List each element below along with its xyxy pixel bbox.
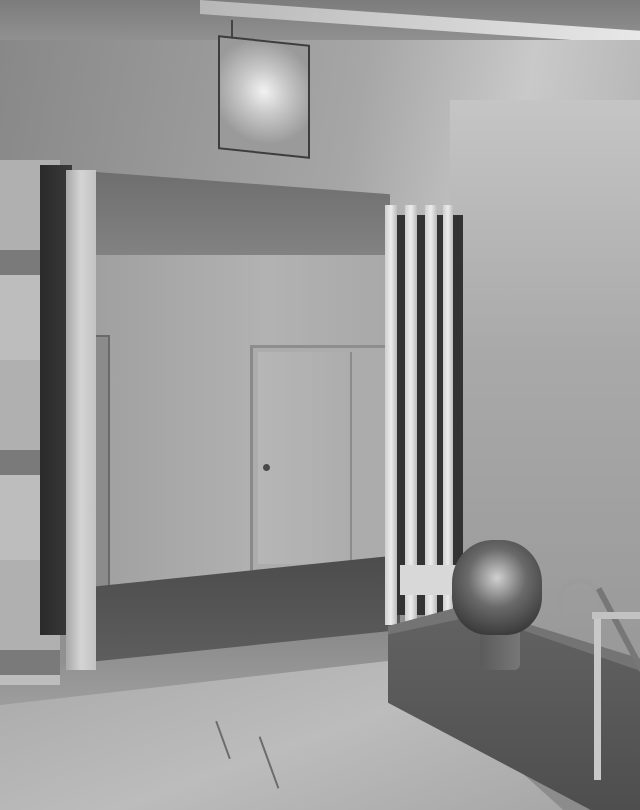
door [258,352,352,564]
cube-pendant-lamp [218,35,310,159]
hallway-photo [0,0,640,810]
handrail-top [592,612,640,619]
slat [443,205,453,625]
pillar [66,170,96,670]
slat [405,205,417,625]
door-knob [263,464,270,471]
floor-crack [259,736,280,788]
plant-pot [480,630,520,670]
plant [452,540,542,635]
slat [385,205,397,625]
handrail-post [594,615,601,780]
slat [425,205,437,625]
floor-crack [215,721,231,759]
